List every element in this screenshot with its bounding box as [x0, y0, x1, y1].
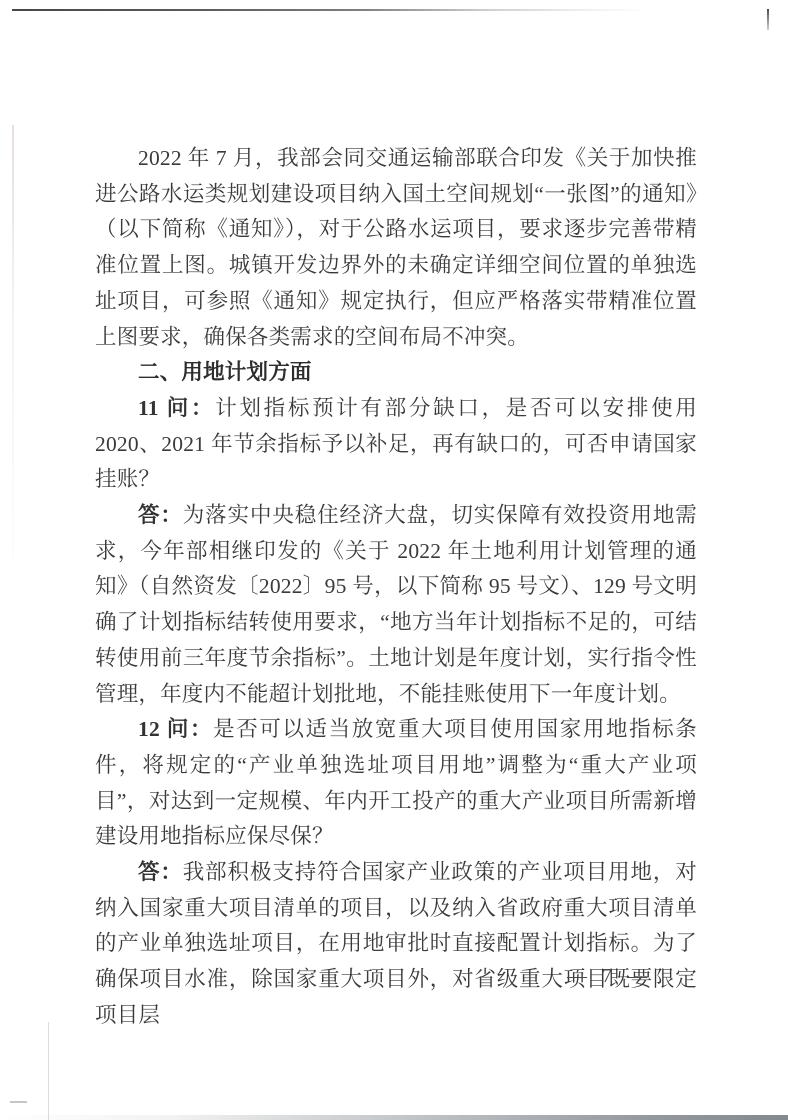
section-heading: 二、用地计划方面: [95, 355, 697, 391]
question-12-paragraph: 12 问：是否可以适当放宽重大项目使用国家用地指标条件，将规定的“产业单独选址项…: [95, 712, 697, 855]
answer-11-text: 为落实中央稳住经济大盘，切实保障有效投资用地需求，今年部相继印发的《关于 202…: [95, 503, 697, 706]
scanned-document-page: 2022 年 7 月，我部会同交通运输部联合印发《关于加快推进公路水运类规划建设…: [0, 0, 788, 1120]
answer-12-text: 我部积极支持符合国家产业政策的产业项目用地，对纳入国家重大项目清单的项目，以及纳…: [95, 860, 697, 1027]
scan-artifact-left-edge-marks: [12, 125, 14, 595]
intro-paragraph: 2022 年 7 月，我部会同交通运输部联合印发《关于加快推进公路水运类规划建设…: [95, 141, 697, 355]
scan-artifact-bottom-left-dash: [10, 1101, 27, 1103]
question-11-marker: 11 问：: [138, 396, 215, 420]
scan-artifact-bottom-shadow: [0, 1115, 788, 1120]
answer-11-paragraph: 答：为落实中央稳住经济大盘，切实保障有效投资用地需求，今年部相继印发的《关于 2…: [95, 498, 697, 712]
scan-artifact-top-line: [12, 9, 648, 11]
question-11-paragraph: 11 问：计划指标预计有部分缺口，是否可以安排使用 2020、2021 年节余指…: [95, 391, 697, 498]
answer-12-paragraph: 答：我部积极支持符合国家产业政策的产业项目用地，对纳入国家重大项目清单的项目，以…: [95, 855, 697, 1034]
question-12-marker: 12 问：: [138, 717, 213, 741]
answer-11-marker: 答：: [138, 503, 183, 527]
answer-12-marker: 答：: [138, 860, 183, 884]
page-number: — 7 —: [95, 961, 652, 991]
scan-artifact-top-right-tick: [767, 9, 769, 30]
scan-artifact-bottom-left-line: [48, 1022, 49, 1120]
document-body: 2022 年 7 月，我部会同交通运输部联合印发《关于加快推进公路水运类规划建设…: [95, 141, 697, 1034]
